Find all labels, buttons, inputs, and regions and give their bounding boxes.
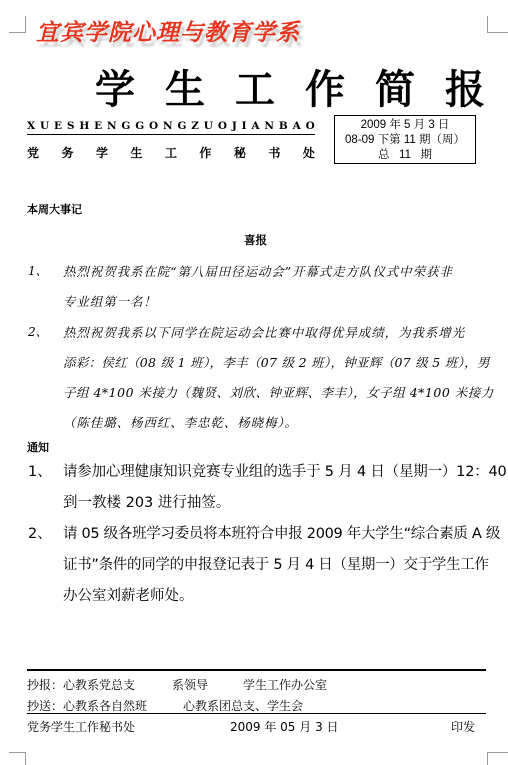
event-2-number: 2、 <box>28 323 48 340</box>
pinyin-letter: U <box>40 120 49 132</box>
newsletter-title: 学生工作简报 <box>95 58 508 115</box>
notice-2-line-3: 办公室刘薪老师处。 <box>63 584 194 605</box>
notice-1-line-2: 到一教楼 203 进行抽签。 <box>63 491 230 512</box>
page-corner-mark-top-right <box>487 16 508 33</box>
footer-issue-date: 2009 年 05 月 3 日 <box>230 718 339 735</box>
pinyin-letter: H <box>79 120 89 132</box>
report-to-row: 抄报：心教系党总支 <box>27 676 135 693</box>
notice-1-number: 1、 <box>28 460 52 481</box>
event-2-line-3: 子组 4*100 米接力（魏贤、刘欣、钟亚辉、李丰），女子组 4*100 米接力 <box>63 383 494 401</box>
office-char: 务 <box>61 144 73 161</box>
page-corner-mark-bottom-left <box>9 752 26 765</box>
pinyin-letter: G <box>135 120 144 132</box>
page-corner-mark-top-left <box>9 16 26 33</box>
notice-2-line-1: 请 05 级各班学习委员将本班符合申报 2009 年大学生“综合素质 A 级 <box>63 522 500 543</box>
pinyin-letter: E <box>94 120 102 132</box>
page-corner-mark-bottom-right <box>487 752 508 765</box>
issue-date: 2009 年 5 月 3 日 <box>335 118 475 133</box>
report-to-recipient: 心教系党总支 <box>63 678 135 692</box>
pinyin-letter: O <box>218 120 227 132</box>
report-to-recipient: 系领导 <box>172 676 208 693</box>
pinyin-letter: O <box>306 120 315 132</box>
office-name: 党 务 学 生 工 作 秘 书 处 <box>27 144 315 161</box>
pinyin-letter: G <box>177 120 186 132</box>
pinyin-letter: A <box>251 120 259 132</box>
pinyin-letter: U <box>204 120 213 132</box>
send-to-recipient: 心教系各自然班 <box>63 699 147 713</box>
event-1-number: 1、 <box>28 262 48 279</box>
notices-heading: 通知 <box>27 439 49 455</box>
event-2-line-4: （陈佳璐、杨西红、李忠乾、杨晓梅）。 <box>63 413 298 431</box>
event-2-line-1: 热烈祝贺我系以下同学在院运动会比赛中取得优异成绩，为我系增光 <box>63 323 465 341</box>
issued-label: 印发 <box>451 718 475 735</box>
title-pinyin: X U E S H E N G G O N G Z U O J I A N B … <box>27 120 315 135</box>
issue-info-box: 2009 年 5 月 3 日 08-09 下第 11 期（周） 总 11 期 <box>334 115 476 164</box>
pinyin-letter: J <box>232 120 237 132</box>
pinyin-letter: A <box>293 120 301 132</box>
footer-middle-rule <box>27 713 486 714</box>
report-to-recipient: 学生工作办公室 <box>243 676 327 693</box>
send-to-row: 抄送：心教系各自然班 <box>27 697 147 714</box>
event-1-line-2: 专业组第一名！ <box>63 292 157 310</box>
pinyin-letter: E <box>54 120 62 132</box>
office-char: 生 <box>130 144 142 161</box>
pinyin-letter: B <box>279 120 288 132</box>
term-issue-number: 08-09 下第 11 期（周） <box>335 133 475 148</box>
report-to-label: 抄报： <box>27 678 63 692</box>
notice-1-line-1: 请参加心理健康知识竞赛专业组的选手于 5 月 4 日（星期一）12：40 <box>63 460 507 481</box>
office-char: 作 <box>199 144 211 161</box>
pinyin-letter: O <box>149 120 158 132</box>
send-to-recipient: 心教系团总支、学生会 <box>183 697 303 714</box>
office-char: 工 <box>165 144 177 161</box>
pinyin-letter: Z <box>191 120 199 132</box>
notice-2-number: 2、 <box>28 522 52 543</box>
pinyin-letter: N <box>107 120 117 132</box>
issuer: 党务学生工作秘书处 <box>27 718 135 735</box>
good-news-heading: 喜报 <box>244 232 267 248</box>
pinyin-letter: N <box>264 120 274 132</box>
pinyin-letter: S <box>67 120 75 132</box>
pinyin-letter: N <box>163 120 173 132</box>
pinyin-letter: G <box>121 120 130 132</box>
office-char: 学 <box>96 144 108 161</box>
total-issue-number: 总 11 期 <box>335 148 475 163</box>
pinyin-letter: X <box>27 120 35 132</box>
weekly-events-heading: 本周大事记 <box>27 201 82 217</box>
event-1-line-1: 热烈祝贺我系在院“第八届田径运动会”开幕式走方队仪式中荣获非 <box>63 262 453 280</box>
office-char: 处 <box>303 144 315 161</box>
school-name: 宜宾学院心理与教育学系 <box>36 14 300 47</box>
office-char: 秘 <box>234 144 246 161</box>
office-char: 党 <box>27 144 39 161</box>
footer-top-rule <box>27 669 486 671</box>
pinyin-letter: I <box>242 120 247 132</box>
send-to-label: 抄送： <box>27 699 63 713</box>
event-2-line-2: 添彩：侯红（08 级 1 班），李丰（07 级 2 班），钟亚辉（07 级 5 … <box>63 353 490 371</box>
notice-2-line-2: 证书”条件的同学的申报登记表于 5 月 4 日（星期一）交于学生工作 <box>63 553 489 574</box>
office-char: 书 <box>268 144 280 161</box>
